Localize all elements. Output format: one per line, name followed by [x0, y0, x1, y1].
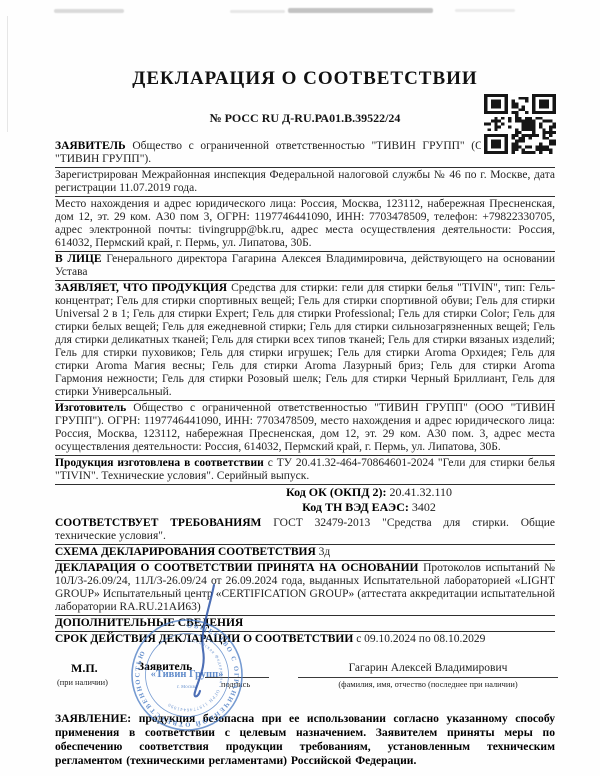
declaration-number: № РОСС RU Д-RU.РА01.В.39522/24 [55, 111, 555, 126]
signer-name-caption: (фамилия, имя, отчество (последнее при н… [298, 680, 558, 689]
applicant-sign-label: Заявитель [138, 661, 192, 673]
code-tnved-label: Код ТН ВЭД ЕАЭС: [302, 500, 409, 514]
statement-section: ЗАЯВЛЕНИЕ: продукция безопасна при ее ис… [55, 711, 555, 770]
document-content: ДЕКЛАРАЦИЯ О СООТВЕТСТВИИ № РОСС RU Д-RU… [55, 0, 555, 770]
signer-name-area: Гагарин Алексей Владимирович (фамилия, и… [298, 657, 558, 689]
declares-text: Средства для стирки: гели для стирки бел… [55, 282, 555, 398]
applicant-section: ЗАЯВИТЕЛЬ Общество с ограниченной ответс… [55, 139, 555, 168]
manufacturer-text: Общество с ограниченной ответственностью… [55, 402, 555, 453]
code-okpd-value: 20.41.32.110 [389, 485, 452, 499]
stamp-place-label: М.П. [71, 661, 98, 676]
basis-section: ДЕКЛАРАЦИЯ О СООТВЕТСТВИИ ПРИНЯТА НА ОСН… [55, 561, 555, 616]
validity-text: с 09.10.2024 по 08.10.2029 [356, 633, 485, 645]
location-section: Место нахождения и адрес юридического ли… [55, 197, 555, 252]
complies-label: СООТВЕТСТВУЕТ ТРЕБОВАНИЯМ [55, 517, 261, 529]
statement-label: ЗАЯВЛЕНИЕ: [55, 712, 131, 725]
signer-name: Гагарин Алексей Владимирович [298, 657, 558, 678]
manufacturer-label: Изготовитель [55, 402, 126, 414]
signature-block: М.П. (при наличии) Заявитель подпись Гаг… [55, 657, 555, 701]
declares-section: ЗАЯВЛЯЕТ, ЧТО ПРОДУКЦИЯ Средства для сти… [55, 281, 555, 401]
scheme-text: 3д [319, 546, 331, 558]
declares-label: ЗАЯВЛЯЕТ, ЧТО ПРОДУКЦИЯ [55, 282, 227, 294]
code-okpd-label: Код ОК (ОКПД 2): [286, 485, 386, 499]
location-text: Место нахождения и адрес юридического ли… [55, 198, 555, 249]
code-tnved-line: Код ТН ВЭД ЕАЭС: 3402 [55, 501, 555, 517]
qr-code-container [481, 91, 559, 157]
produced-section: Продукция изготовлена в соответствии с Т… [55, 456, 555, 485]
additional-info-section: ДОПОЛНИТЕЛЬНЫЕ СВЕДЕНИЯ [55, 616, 555, 632]
qr-code-icon [484, 94, 556, 154]
stamp-place-note: (при наличии) [57, 678, 108, 687]
registration-section: Зарегистрирован Межрайонная инспекция Фе… [55, 168, 555, 197]
scheme-section: СХЕМА ДЕКЛАРИРОВАНИЯ СООТВЕТСТВИЯ 3д [55, 545, 555, 561]
basis-label: ДЕКЛАРАЦИЯ О СООТВЕТСТВИИ ПРИНЯТА НА ОСН… [55, 562, 419, 574]
validity-section: СРОК ДЕЙСТВИЯ ДЕКЛАРАЦИИ О СООТВЕТСТВИИ … [55, 632, 555, 647]
document-title: ДЕКЛАРАЦИЯ О СООТВЕТСТВИИ [55, 68, 555, 90]
complies-section: СООТВЕТСТВУЕТ ТРЕБОВАНИЯМ ГОСТ 32479-201… [55, 516, 555, 545]
in-person-section: В ЛИЦЕ Генерального директора Гагарина А… [55, 252, 555, 281]
produced-label: Продукция изготовлена в соответствии [55, 457, 264, 469]
in-person-text: Генерального директора Гагарина Алексея … [55, 253, 555, 278]
applicant-label: ЗАЯВИТЕЛЬ [55, 140, 126, 152]
validity-label: СРОК ДЕЙСТВИЯ ДЕКЛАРАЦИИ О СООТВЕТСТВИИ [55, 633, 353, 645]
signature-caption: подпись [221, 680, 250, 689]
signature-line [205, 657, 269, 678]
in-person-label: В ЛИЦЕ [55, 253, 102, 265]
code-okpd-line: Код ОК (ОКПД 2): 20.41.32.110 [55, 485, 555, 501]
code-tnved-value: 3402 [412, 500, 436, 514]
additional-info-label: ДОПОЛНИТЕЛЬНЫЕ СВЕДЕНИЯ [55, 617, 243, 629]
scan-edge-line [7, 16, 8, 132]
registration-text: Зарегистрирован Межрайонная инспекция Фе… [55, 169, 555, 194]
scheme-label: СХЕМА ДЕКЛАРИРОВАНИЯ СООТВЕТСТВИЯ [55, 546, 316, 558]
declaration-document: ДЕКЛАРАЦИЯ О СООТВЕТСТВИИ № РОСС RU Д-RU… [0, 0, 600, 776]
manufacturer-section: Изготовитель Общество с ограниченной отв… [55, 401, 555, 456]
